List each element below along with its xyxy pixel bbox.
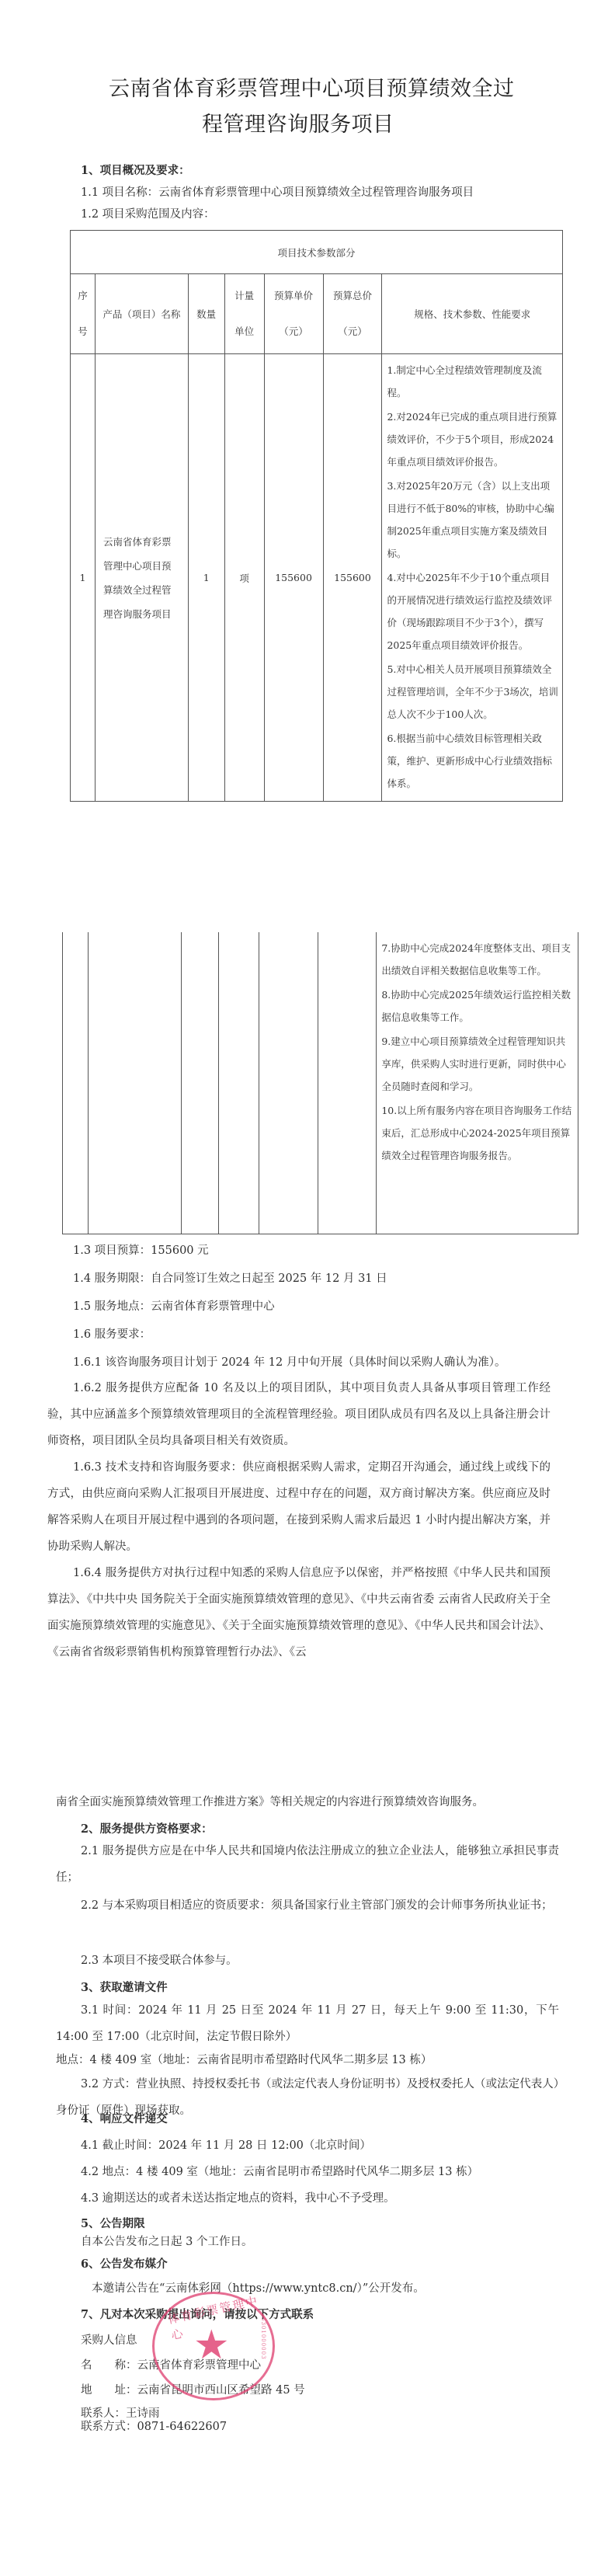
section-6-heading: 6、公告发布媒介 [81, 2257, 168, 2272]
table-row-continued: 7.协助中心完成2024年度整体支出、项目支出绩效自评相关数据信息收集等工作。 … [63, 932, 578, 1234]
section-5-text: 自本公告发布之日起 3 个工作日。 [81, 2234, 252, 2250]
cell-requirements-continued: 7.协助中心完成2024年度整体支出、项目支出绩效自评相关数据信息收集等工作。 … [377, 932, 578, 1234]
item-1-6-1: 1.6.1 该咨询服务项目计划于 2024 年 12 月中旬开展（具体时间以采购… [73, 1355, 506, 1370]
header-unit: 计量单位 [224, 274, 264, 354]
header-total-price: 预算总价（元） [323, 274, 382, 354]
cell-name: 云南省体育彩票管理中心项目预算绩效全过程管理咨询服务项目 [95, 354, 188, 802]
item-4-2: 4.2 地点：4 楼 409 室（地址：云南省昆明市希望路时代风华二期多层 13… [81, 2164, 478, 2180]
requirement-item: 5.对中心相关人员开展项目预算绩效全过程管理培训，全年不少于3场次，培训总人次不… [387, 658, 559, 726]
purchaser-phone: 联系方式：0871-64622607 [81, 2419, 227, 2435]
cell-total-price: 155600 [323, 354, 382, 802]
cell-qty: 1 [188, 354, 224, 802]
item-1-6-3: 1.6.3 技术支持和咨询服务要求：供应商根据采购人需求，定期召开沟通会，通过线… [47, 1454, 551, 1560]
requirement-item: 1.制定中心全过程绩效管理制度及流程。 [387, 359, 559, 404]
cell-seq: 1 [71, 354, 96, 802]
requirement-item: 7.协助中心完成2024年度整体支出、项目支出绩效自评相关数据信息收集等工作。 [381, 937, 575, 982]
document-title: 云南省体育彩票管理中心项目预算绩效全过 程管理咨询服务项目 [109, 71, 544, 143]
cell-unit-price: 155600 [264, 354, 323, 802]
purchaser-info-heading: 采购人信息 [81, 2333, 137, 2348]
item-2-3: 2.3 本项目不接受联合体参与。 [81, 1953, 238, 1969]
title-line-1: 云南省体育彩票管理中心项目预算绩效全过 [109, 71, 544, 107]
section-2-heading: 2、服务提供方资格要求： [81, 1822, 213, 1837]
item-1-2: 1.2 项目采购范围及内容： [81, 207, 215, 222]
table-row: 1 云南省体育彩票管理中心项目预算绩效全过程管理咨询服务项目 1 项 15560… [71, 354, 563, 802]
table-caption: 项目技术参数部分 [71, 231, 563, 274]
requirement-item: 8.协助中心完成2025年绩效运行监控相关数据信息收集等工作。 [381, 983, 575, 1029]
section-5-heading: 5、公告期限 [81, 2216, 145, 2232]
item-1-3: 1.3 项目预算：155600 元 [73, 1243, 209, 1258]
requirement-item: 2.对2024年已完成的重点项目进行预算绩效评价，不少于5个项目，形成2024年… [387, 406, 559, 473]
section-1-heading: 1、项目概况及要求： [81, 163, 190, 179]
header-name: 产品（项目）名称 [95, 274, 188, 354]
star-icon: ★ [193, 2325, 230, 2365]
section-4-heading: 4、响应文件递交 [81, 2111, 168, 2127]
requirement-item: 4.对中心2025年不少于10个重点项目的开展情况进行绩效运行监控及绩效评价（现… [387, 566, 559, 656]
item-4-1: 4.1 截止时间：2024 年 11 月 28 日 12:00（北京时间） [81, 2138, 371, 2153]
item-1-6-2: 1.6.2 服务提供方应配备 10 名及以上的项目团队，其中项目负责人具备从事项… [47, 1375, 551, 1454]
item-1-5: 1.5 服务地点：云南省体育彩票管理中心 [73, 1299, 275, 1314]
header-unit-price: 预算单价（元） [264, 274, 323, 354]
item-1-6: 1.6 服务要求： [73, 1327, 151, 1342]
item-1-6-4-continued: 南省全面实施预算绩效管理工作推进方案》等相关规定的内容进行预算绩效咨询服务。 [56, 1794, 484, 1810]
cell-unit: 项 [224, 354, 264, 802]
section-3-heading: 3、获取邀请文件 [81, 1980, 168, 1996]
item-1-1: 1.1 项目名称：云南省体育彩票管理中心项目预算绩效全过程管理咨询服务项目 [81, 185, 474, 200]
title-line-2: 程管理咨询服务项目 [109, 107, 544, 143]
requirement-item: 9.建立中心项目预算绩效全过程管理知识共享库，供采购人实时进行更新，同时供中心全… [381, 1030, 575, 1098]
requirement-item: 10.以上所有服务内容在项目咨询服务工作结束后，汇总形成中心2024-2025年… [381, 1099, 575, 1167]
item-1-6-4: 1.6.4 服务提供方对执行过程中知悉的采购人信息应予以保密，并严格按照《中华人… [47, 1560, 551, 1666]
stamp-code: 5301000003 [260, 2317, 266, 2360]
item-4-3: 4.3 逾期送达的或者未送达指定地点的资料，我中心不予受理。 [81, 2191, 395, 2206]
header-seq: 序号 [71, 274, 96, 354]
official-seal-stamp: 体育彩票管理中心 ★ 5301000003 [152, 2292, 275, 2400]
header-qty: 数量 [188, 274, 224, 354]
spec-table-part-1: 项目技术参数部分 序号 产品（项目）名称 数量 计量单位 预算单价（元） 预算总… [70, 230, 563, 802]
item-1-4: 1.4 服务期限：自合同签订生效之日起至 2025 年 12 月 31 日 [73, 1271, 387, 1286]
item-2-1: 2.1 服务提供方应是在中华人民共和国境内依法注册成立的独立企业法人，能够独立承… [56, 1838, 559, 1891]
header-spec: 规格、技术参数、性能要求 [382, 274, 563, 354]
requirement-item: 3.对2025年20万元（含）以上支出项目进行不低于80%的审核，协助中心编制2… [387, 475, 559, 565]
requirement-item: 6.根据当前中心绩效目标管理相关政策，维护、更新形成中心行业绩效指标体系。 [387, 727, 559, 795]
spec-table-part-2: 7.协助中心完成2024年度整体支出、项目支出绩效自评相关数据信息收集等工作。 … [62, 932, 578, 1234]
item-3-1-location: 地点：4 楼 409 室（地址：云南省昆明市希望路时代风华二期多层 13 栋） [56, 2052, 432, 2068]
cell-requirements: 1.制定中心全过程绩效管理制度及流程。 2.对2024年已完成的重点项目进行预算… [382, 354, 563, 802]
item-2-2: 2.2 与本采购项目相适应的资质要求：须具备国家行业主管部门颁发的会计师事务所执… [56, 1892, 559, 1919]
item-3-1: 3.1 时间：2024 年 11 月 25 日至 2024 年 11 月 27 … [56, 1997, 559, 2050]
